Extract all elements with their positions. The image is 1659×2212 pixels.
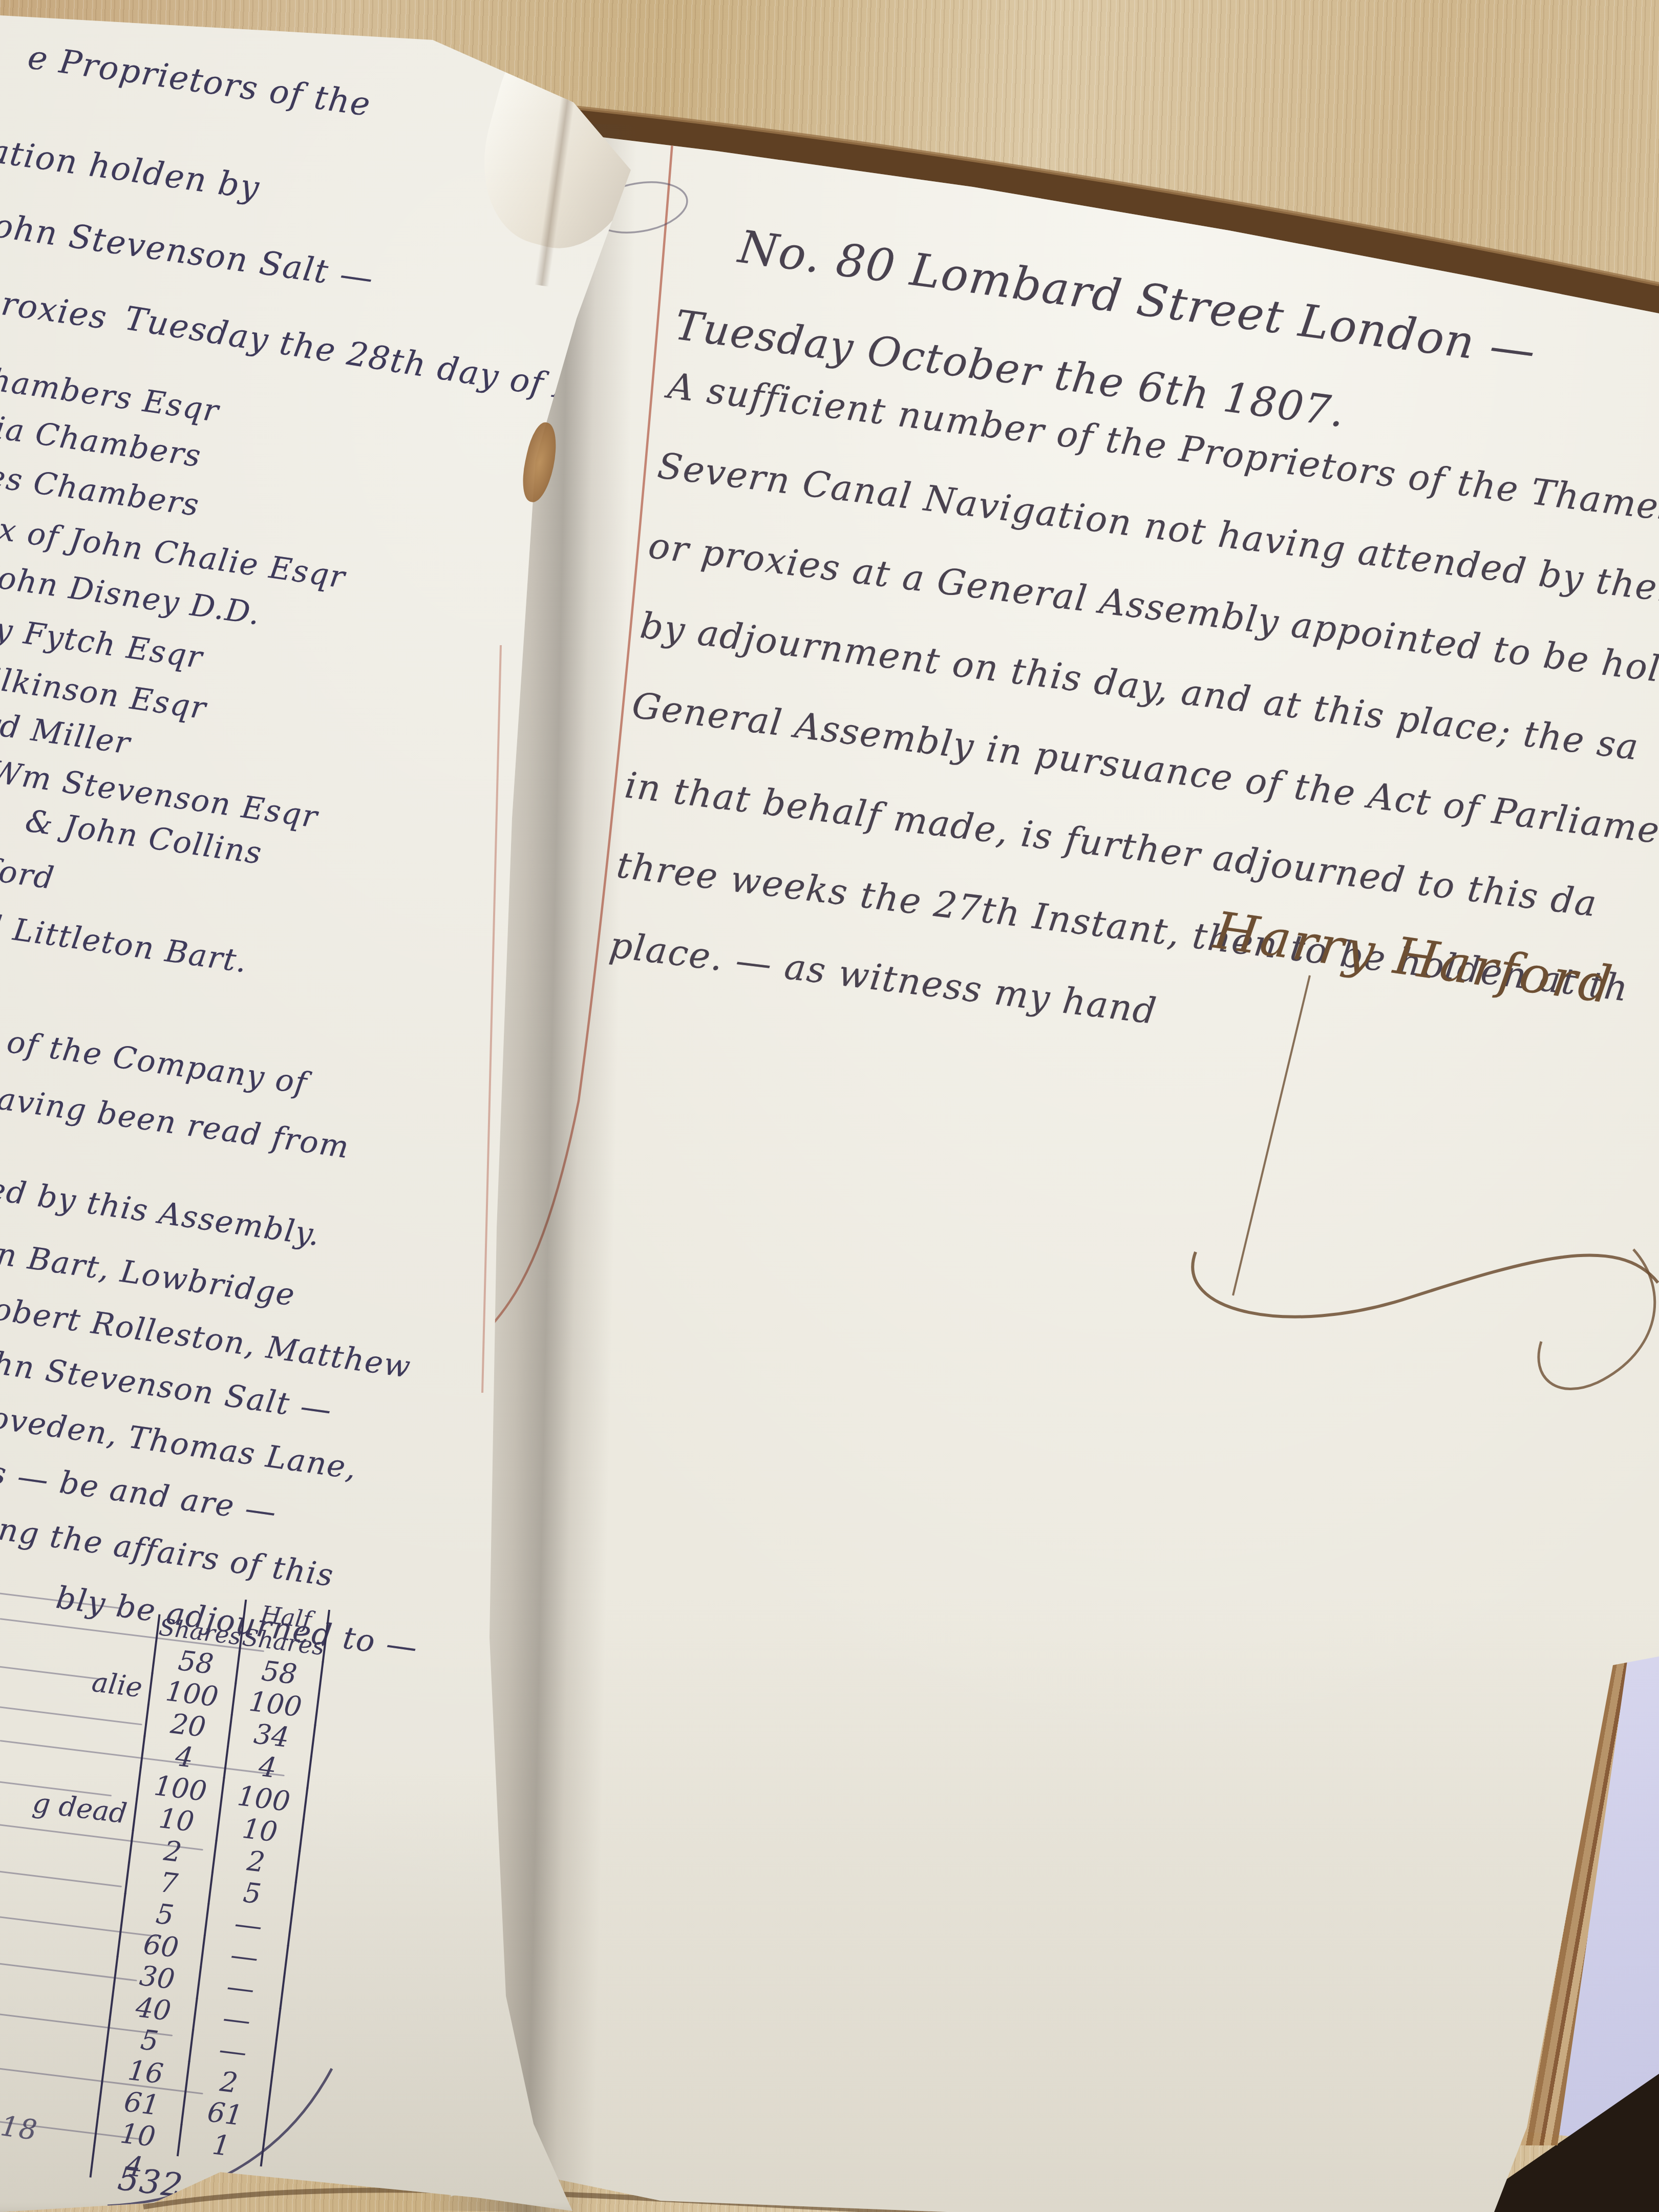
left-fragment-line: ved by this Assembly.: [0, 1168, 323, 1253]
signature-flourish: [1193, 1252, 1658, 1317]
shares-table-rows: 5858alie100100203444100100g dead10102275…: [0, 1625, 326, 2198]
left-fragment-line: rd Miller: [0, 706, 133, 761]
left-fragment-line: e Proprietors of the: [26, 38, 373, 124]
left-fragment-line: roxies: [0, 285, 110, 337]
signature-descender: [1233, 975, 1310, 1295]
left-fragment-line: ation holden by: [0, 132, 262, 207]
corner-text-fragment: 18: [0, 2110, 40, 2147]
left-fragment-line: John Stevenson Salt —: [0, 205, 376, 297]
left-fragment-line: fford: [0, 850, 57, 897]
shares-table: Shares Half Shares 5858alie1001002034441…: [0, 1554, 335, 2198]
left-fragment-line: d Littleton Bart.: [0, 907, 250, 980]
signature-flourish-curl: [1539, 1249, 1655, 1389]
row-label-fragment: [0, 2161, 90, 2177]
minute-book-photograph: 1807 No. 80 Lombard Street London — Tues…: [0, 0, 1659, 2212]
